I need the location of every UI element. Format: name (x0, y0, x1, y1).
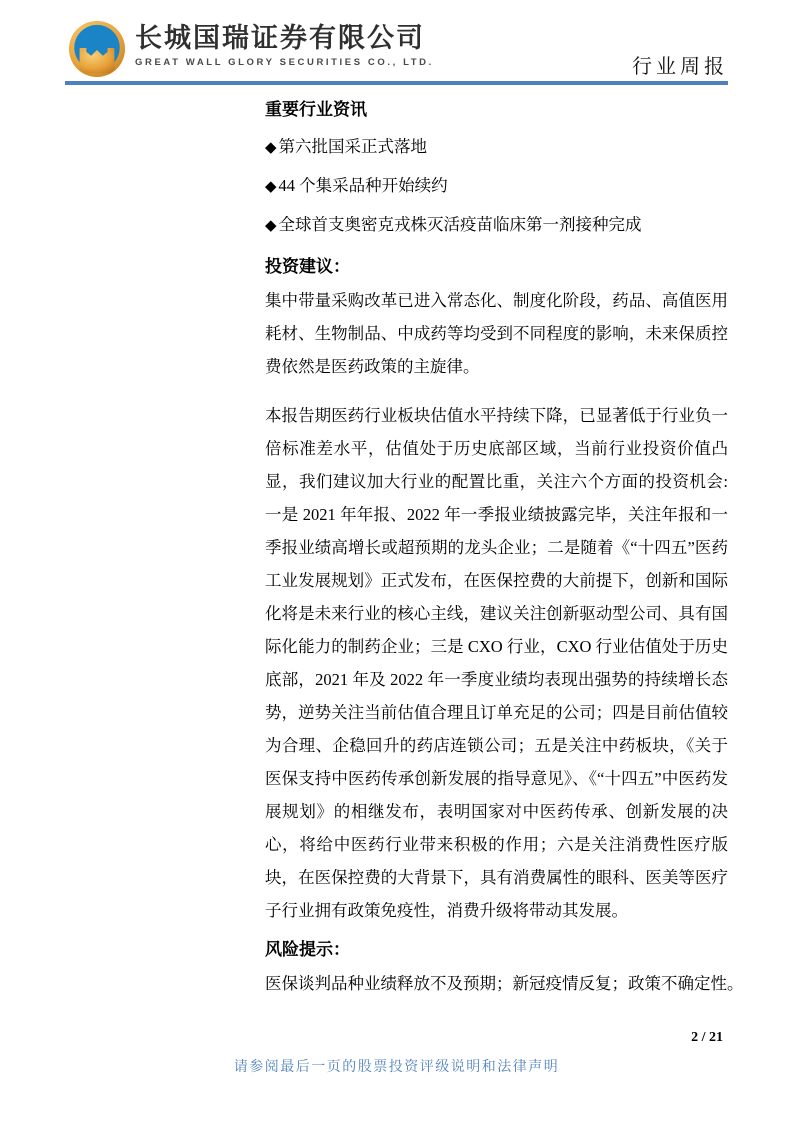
advice-section-heading: 投资建议： (265, 256, 728, 278)
news-section-heading: 重要行业资讯 (265, 99, 728, 121)
company-name-en: GREAT WALL GLORY SECURITIES CO., LTD. (135, 57, 434, 68)
risk-section-heading: 风险提示： (265, 939, 728, 961)
report-page: 长城国瑞证券有限公司 GREAT WALL GLORY SECURITIES C… (0, 0, 793, 1122)
diamond-bullet-icon: ◆ (265, 179, 277, 195)
footer-disclaimer: 请参阅最后一页的股票投资评级说明和法律声明 (0, 1056, 793, 1076)
diamond-bullet-icon: ◆ (265, 218, 277, 234)
summary-column: 重要行业资讯 ◆第六批国采正式落地 ◆44 个集采品种开始续约 ◆全球首支奥密克… (265, 99, 728, 1000)
analysis-paragraph: 本报告期医药行业板块估值水平持续下降，已显著低于行业负一倍标准差水平，估值处于历… (265, 399, 728, 927)
advice-paragraph: 集中带量采购改革已进入常态化、制度化阶段，药品、高值医用耗材、生物制品、中成药等… (265, 284, 728, 383)
list-item: ◆44 个集采品种开始续约 (265, 167, 728, 206)
company-logo-icon (68, 20, 126, 78)
news-item-text: 全球首支奥密克戎株灭活疫苗临床第一剂接种完成 (279, 215, 642, 234)
report-type-label: 行业周报 (632, 50, 728, 79)
page-number: 2 / 21 (691, 1030, 723, 1046)
news-item-text: 第六批国采正式落地 (279, 137, 428, 156)
list-item: ◆第六批国采正式落地 (265, 128, 728, 167)
header-rule (65, 81, 728, 85)
news-list: ◆第六批国采正式落地 ◆44 个集采品种开始续约 ◆全球首支奥密克戎株灭活疫苗临… (265, 128, 728, 245)
diamond-bullet-icon: ◆ (265, 140, 277, 156)
news-item-text: 44 个集采品种开始续约 (279, 176, 448, 195)
report-header: 长城国瑞证券有限公司 GREAT WALL GLORY SECURITIES C… (65, 18, 728, 80)
company-name: 长城国瑞证券有限公司 (135, 21, 434, 55)
list-item: ◆全球首支奥密克戎株灭活疫苗临床第一剂接种完成 (265, 206, 728, 245)
company-brand: 长城国瑞证券有限公司 GREAT WALL GLORY SECURITIES C… (135, 21, 434, 68)
risk-paragraph: 医保谈判品种业绩释放不及预期；新冠疫情反复；政策不确定性。 (265, 967, 728, 1000)
